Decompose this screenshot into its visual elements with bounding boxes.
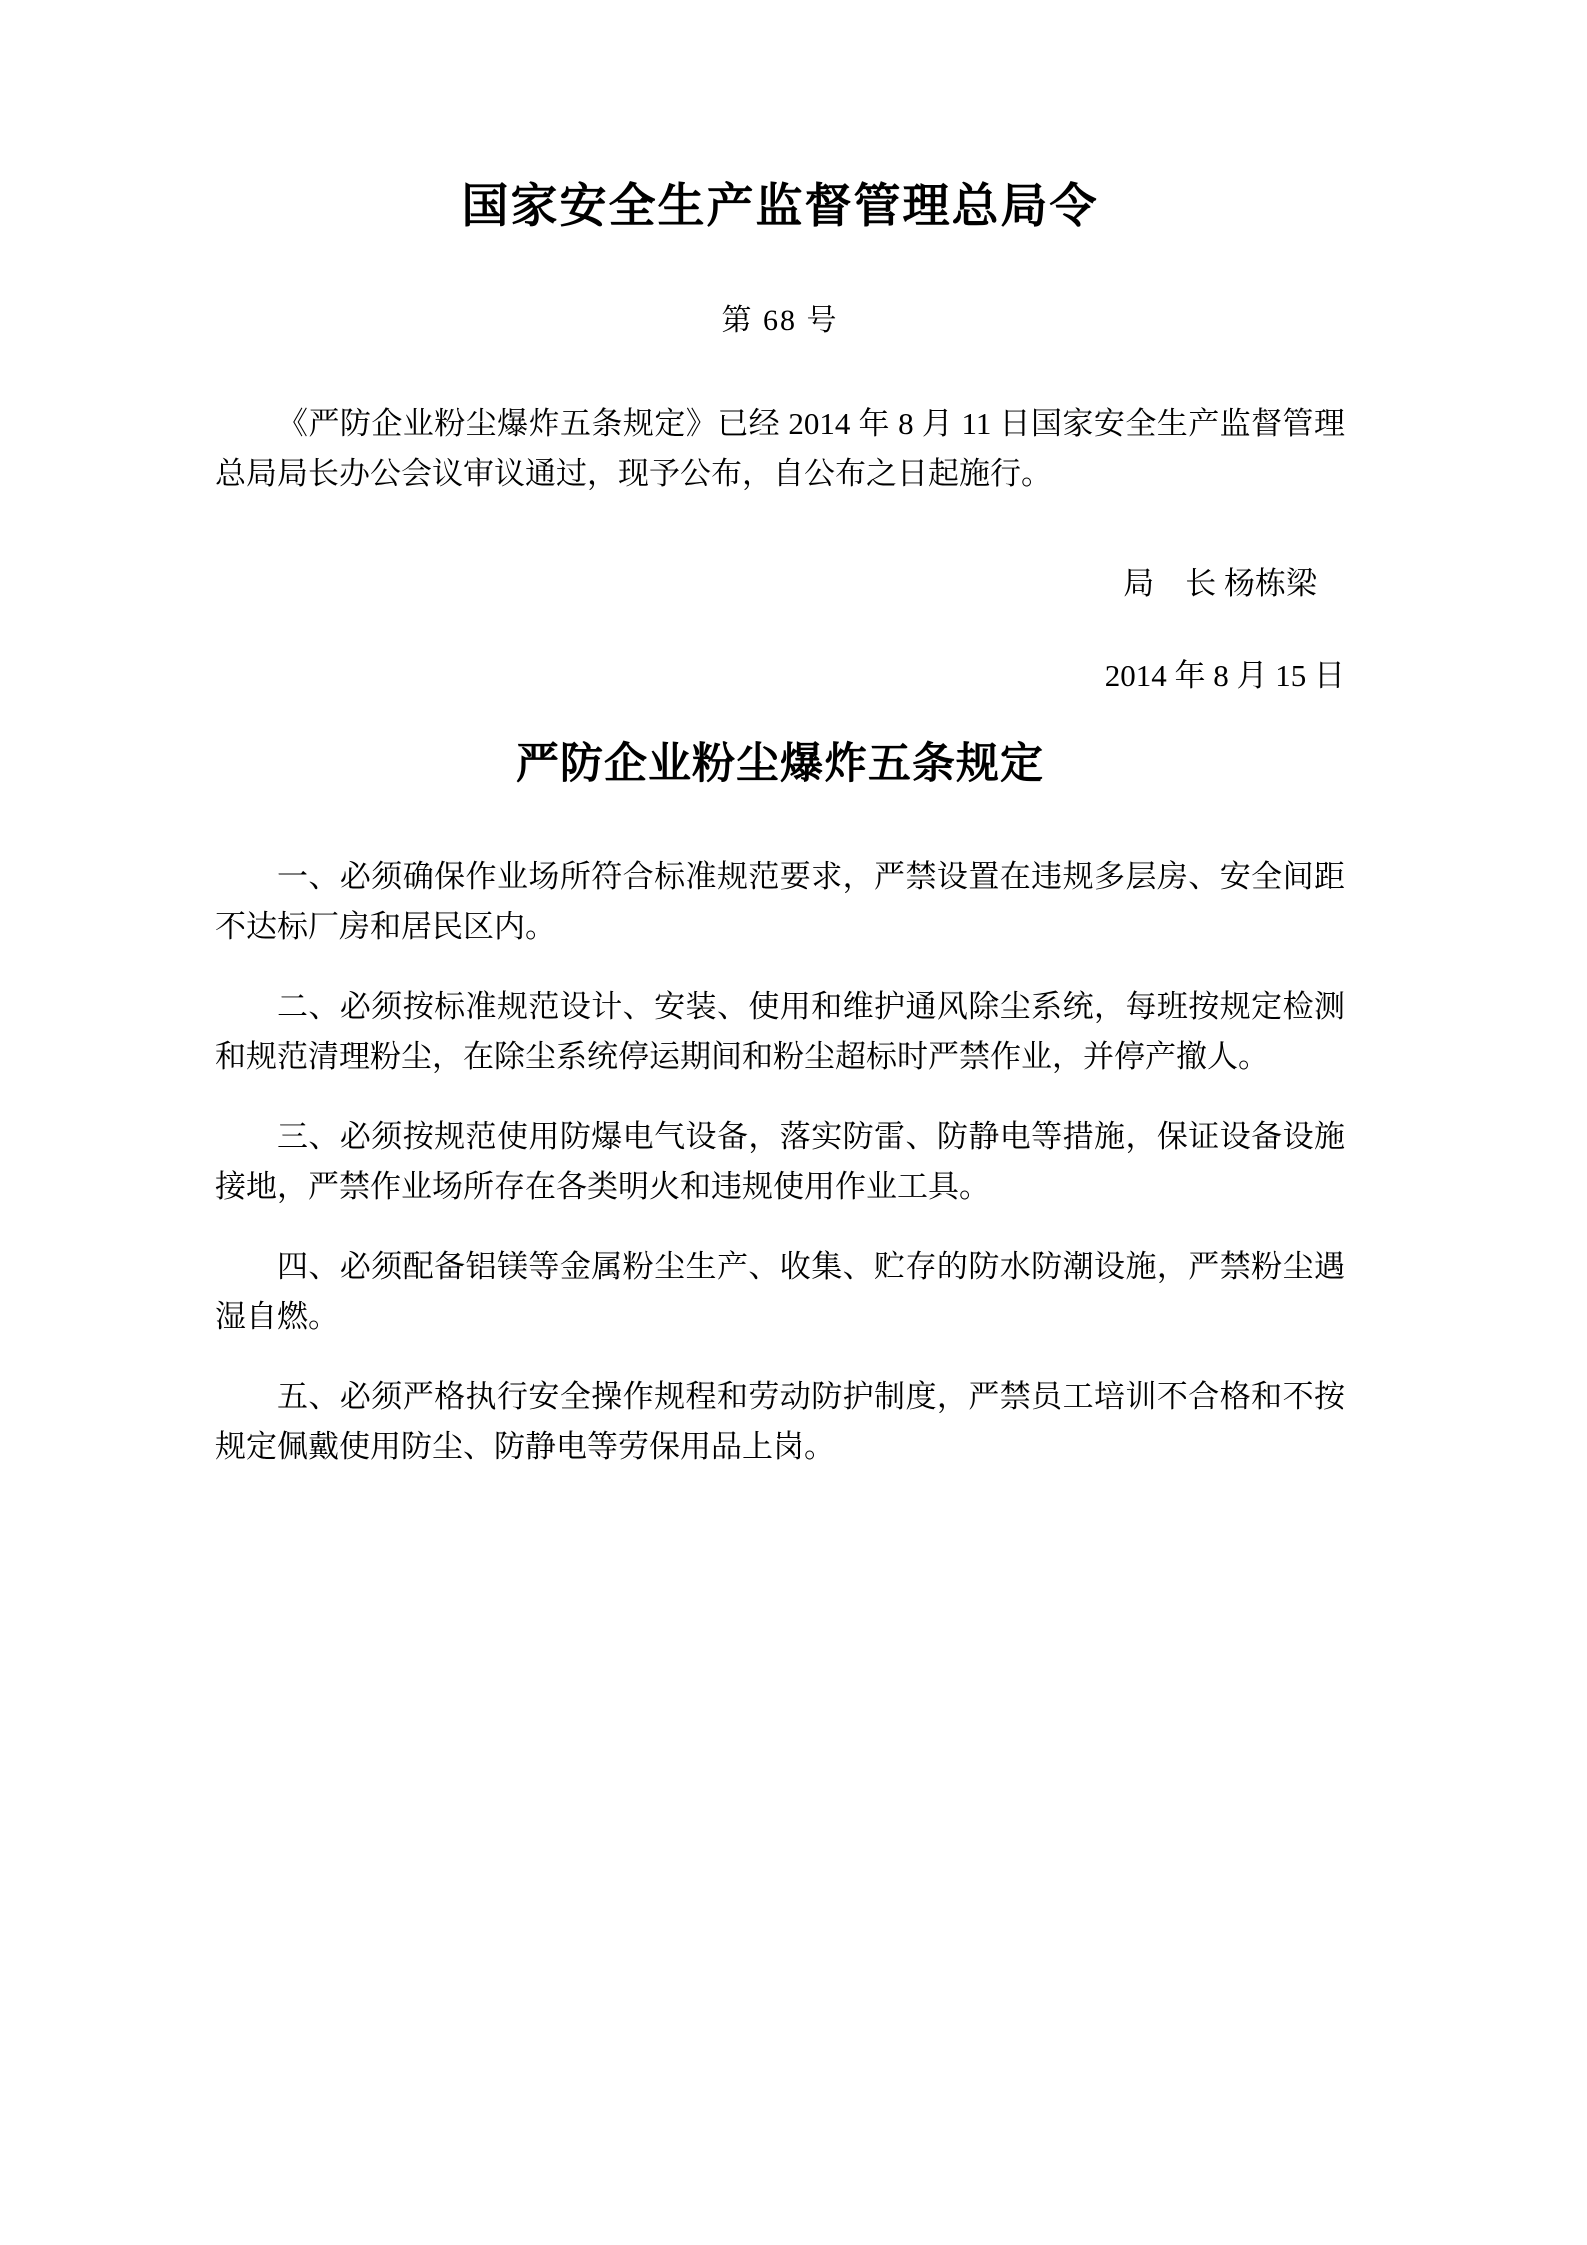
article-paragraph-2: 二、必须按标准规范设计、安装、使用和维护通风除尘系统，每班按规定检测和规范清理粉… [215, 982, 1345, 1082]
issue-number: 第 68 号 [215, 295, 1345, 339]
document-title: 国家安全生产监督管理总局令 [215, 178, 1345, 237]
date-line: 2014 年 8 月 15 日 [215, 651, 1345, 701]
article-paragraph-5: 五、必须严格执行安全操作规程和劳动防护制度，严禁员工培训不合格和不按规定佩戴使用… [215, 1372, 1345, 1472]
signature-line: 局 长 杨栋梁 [215, 559, 1345, 609]
document-page: 国家安全生产监督管理总局令 第 68 号 《严防企业粉尘爆炸五条规定》已经 20… [0, 0, 1587, 2245]
preamble-paragraph: 《严防企业粉尘爆炸五条规定》已经 2014 年 8 月 11 日国家安全生产监督… [215, 399, 1345, 499]
regulation-title: 严防企业粉尘爆炸五条规定 [215, 739, 1345, 791]
article-paragraph-4: 四、必须配备铝镁等金属粉尘生产、收集、贮存的防水防潮设施，严禁粉尘遇湿自燃。 [215, 1242, 1345, 1342]
article-paragraph-3: 三、必须按规范使用防爆电气设备，落实防雷、防静电等措施，保证设备设施接地，严禁作… [215, 1112, 1345, 1212]
article-paragraph-1: 一、必须确保作业场所符合标准规范要求，严禁设置在违规多层房、安全间距不达标厂房和… [215, 852, 1345, 952]
